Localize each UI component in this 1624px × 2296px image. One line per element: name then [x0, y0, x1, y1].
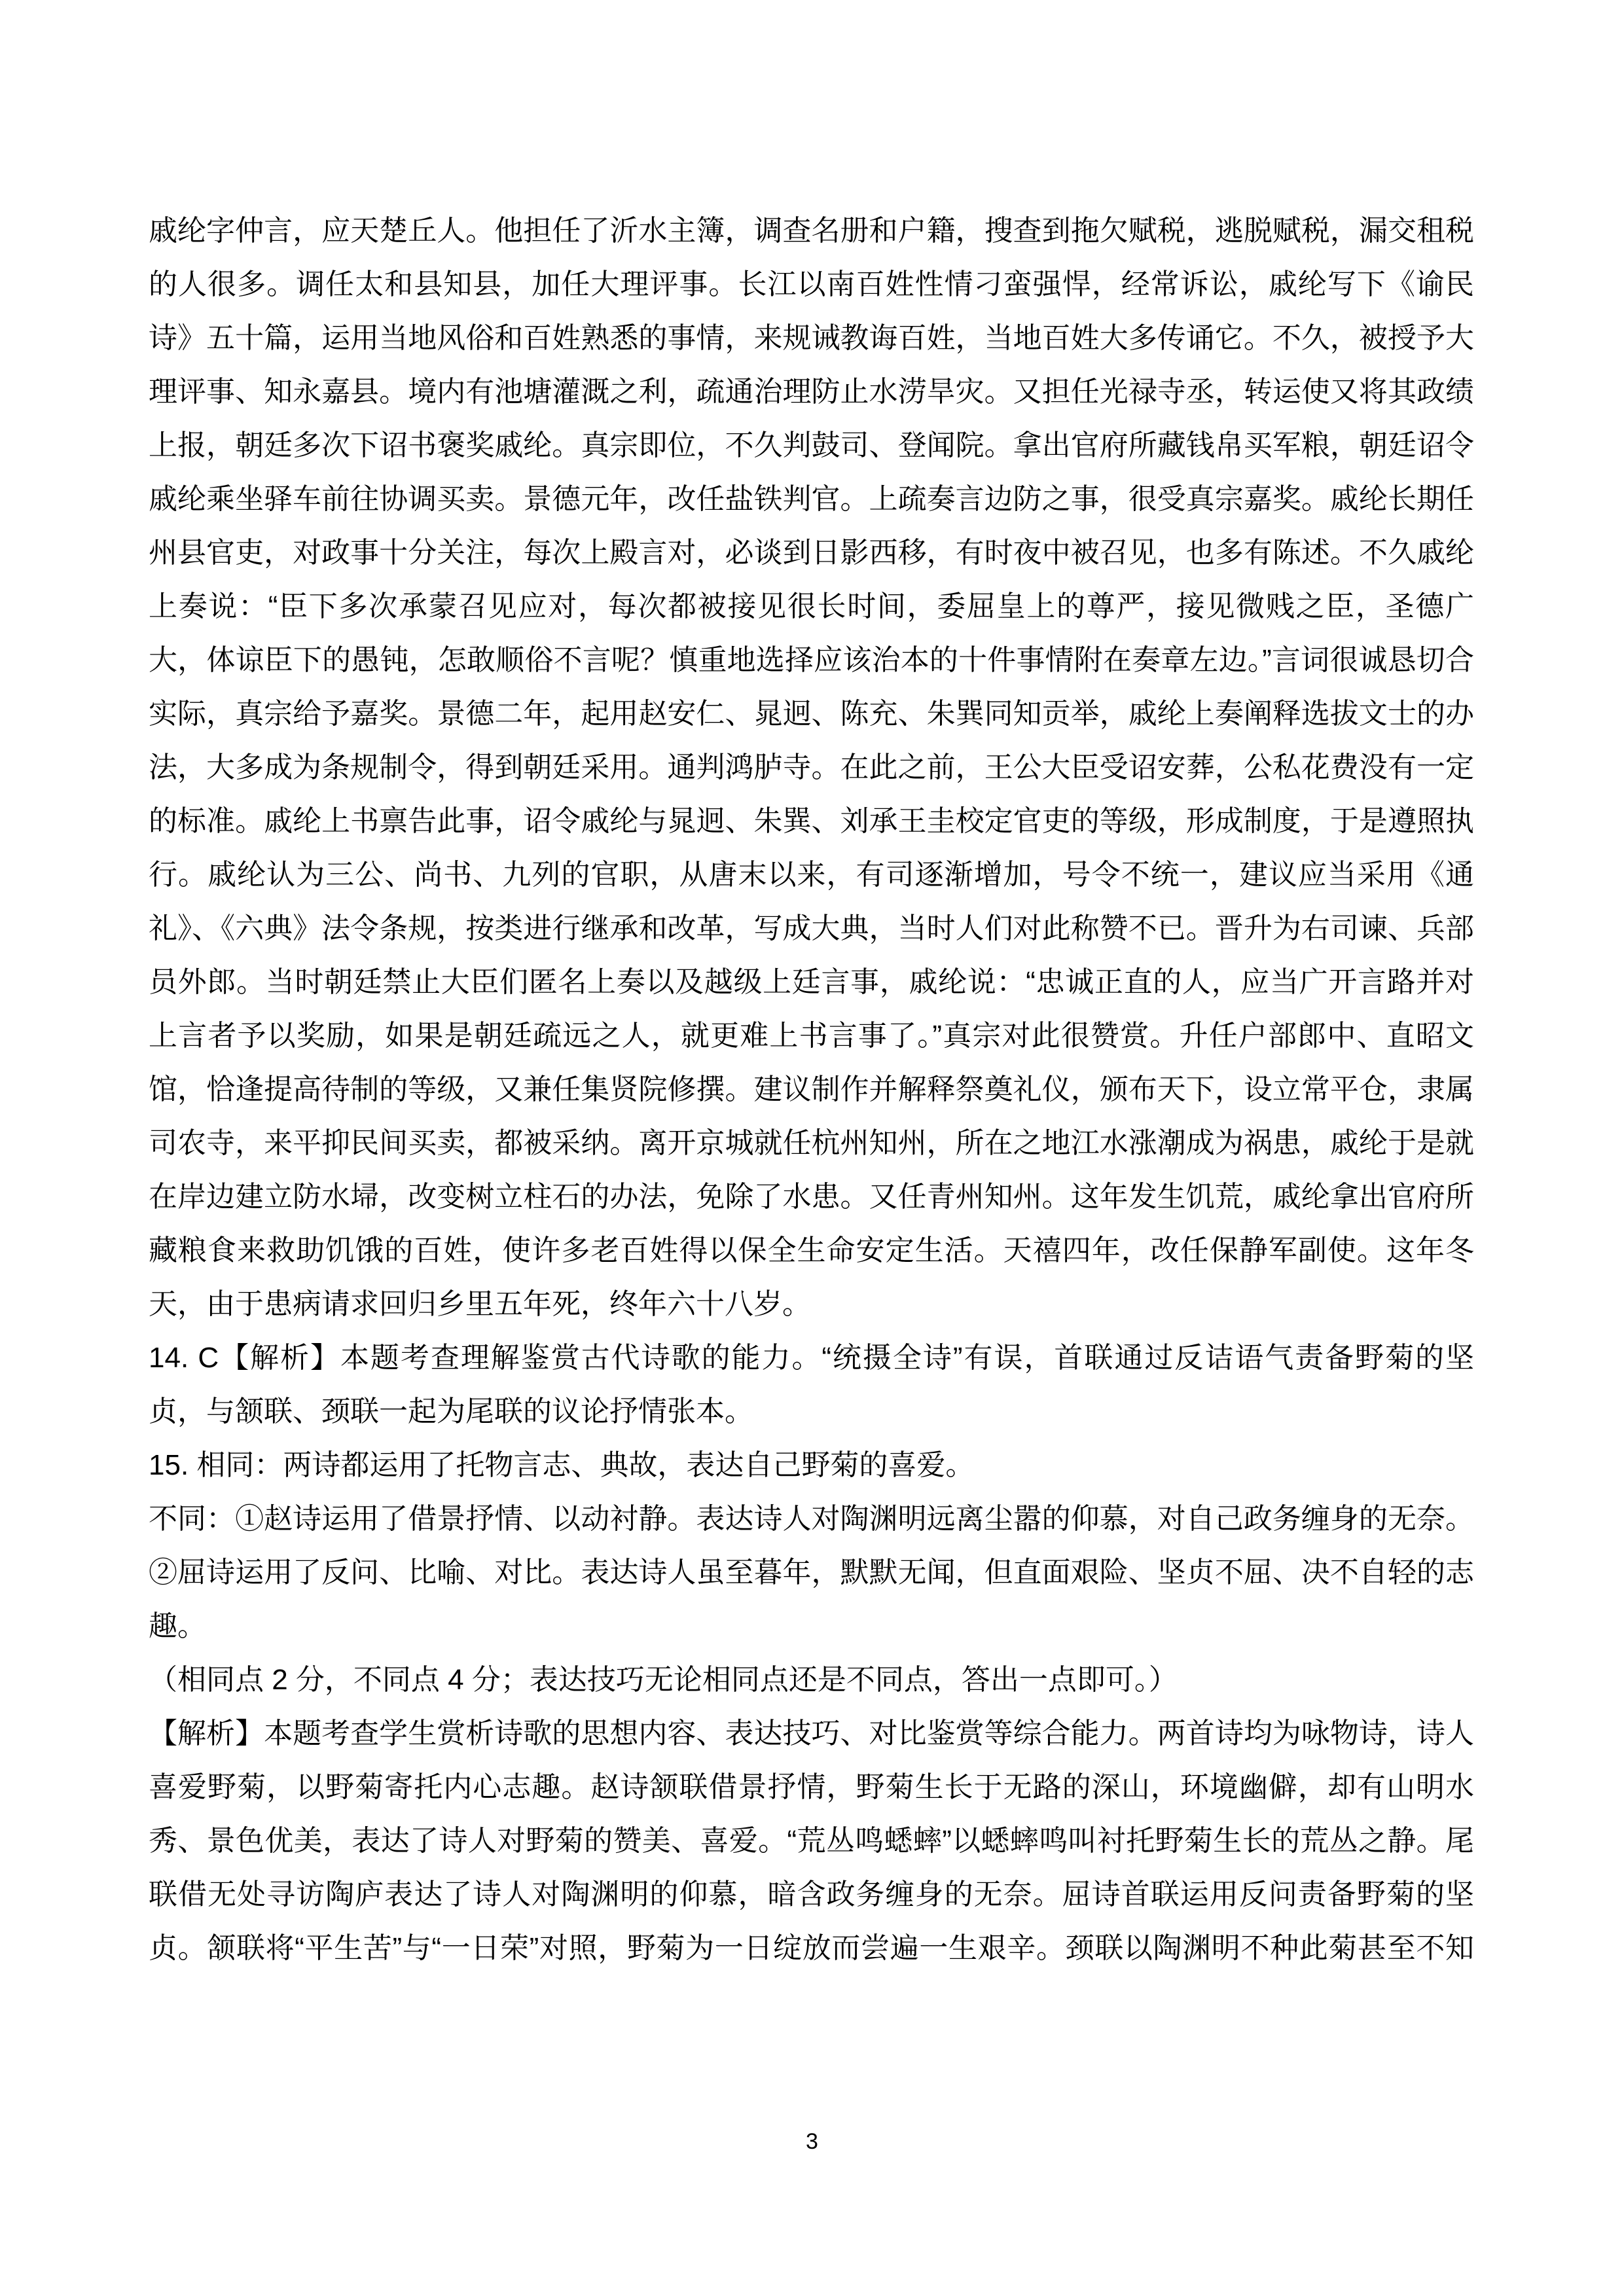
paragraph-answer-14: 14. C【解析】本题考查理解鉴赏古代诗歌的能力。“统摄全诗”有误，首联通过反诘…	[149, 1331, 1474, 1439]
document-page: 戚纶字仲言，应天楚丘人。他担任了沂水主簿，调查名册和户籍，搜查到拖欠赋税，逃脱赋…	[0, 0, 1624, 2296]
paragraph-score-note: （相同点 2 分，不同点 4 分；表达技巧无论相同点还是不同点，答出一点即可。）	[149, 1653, 1474, 1707]
paragraph-translation-qilun: 戚纶字仲言，应天楚丘人。他担任了沂水主簿，调查名册和户籍，搜查到拖欠赋税，逃脱赋…	[149, 204, 1474, 1331]
page-number: 3	[0, 2128, 1624, 2155]
paragraph-answer-15-different: 不同：①赵诗运用了借景抒情、以动衬静。表达诗人对陶渊明远离尘嚣的仰慕，对自己政务…	[149, 1492, 1474, 1653]
paragraph-answer-15-same: 15. 相同：两诗都运用了托物言志、典故，表达自己野菊的喜爱。	[149, 1439, 1474, 1492]
paragraph-analysis-15: 【解析】本题考查学生赏析诗歌的思想内容、表达技巧、对比鉴赏等综合能力。两首诗均为…	[149, 1707, 1474, 1975]
answer-key-text-block: 戚纶字仲言，应天楚丘人。他担任了沂水主簿，调查名册和户籍，搜查到拖欠赋税，逃脱赋…	[149, 204, 1474, 1975]
